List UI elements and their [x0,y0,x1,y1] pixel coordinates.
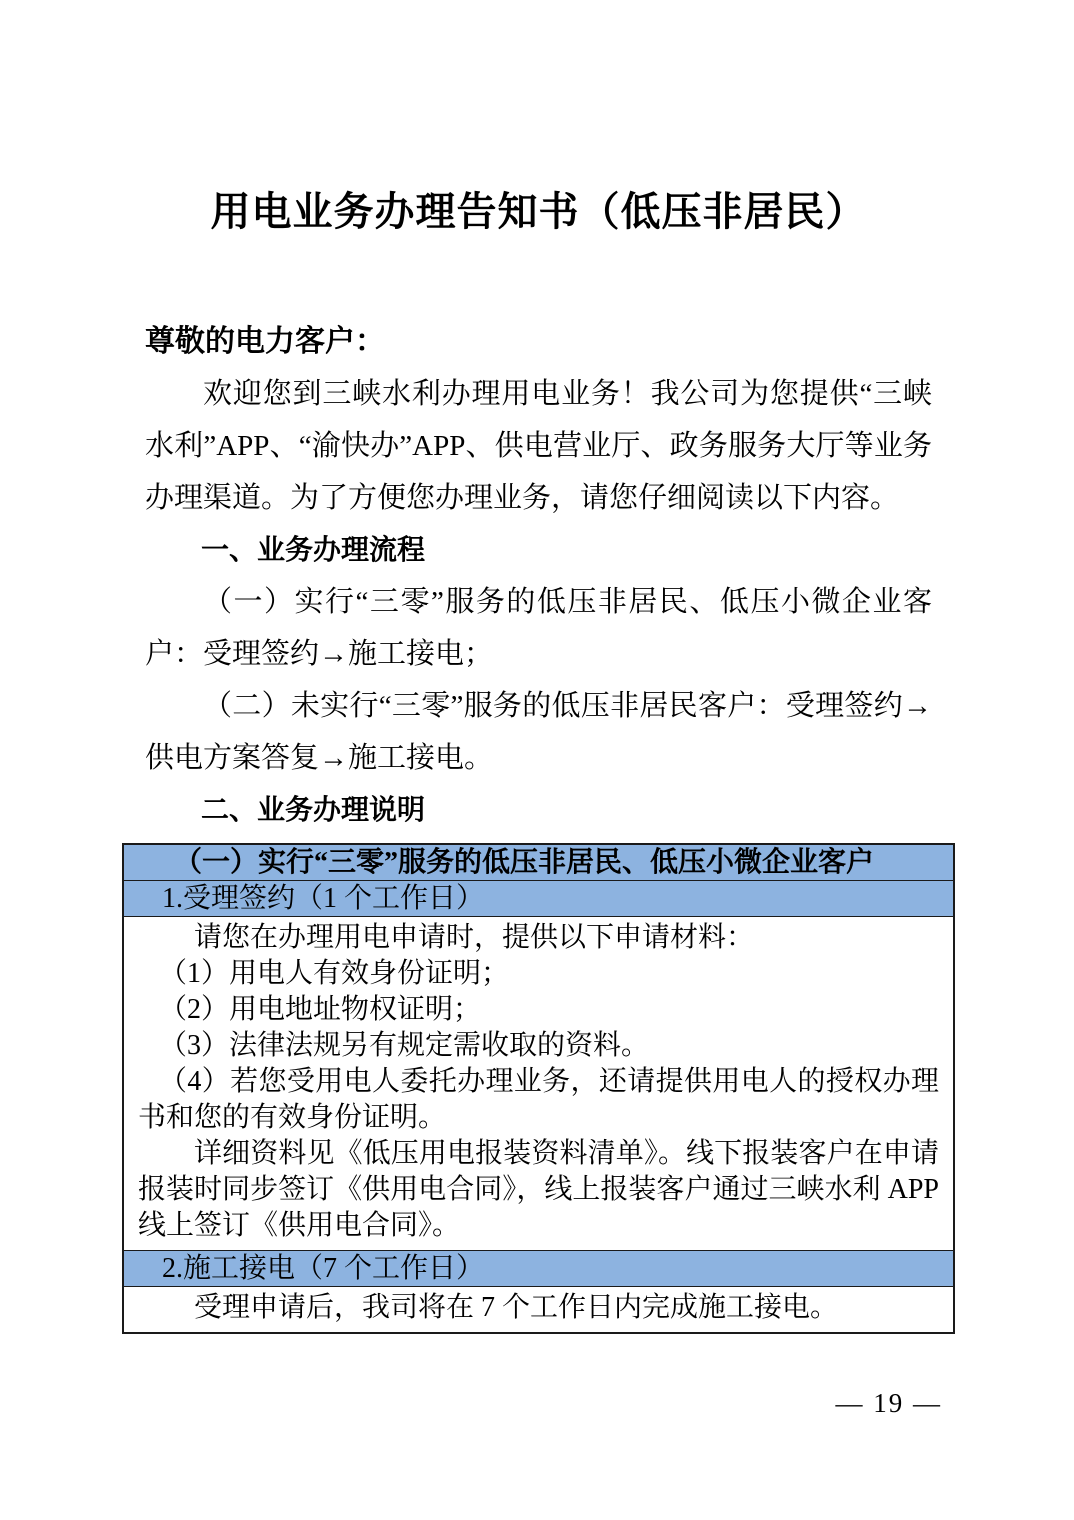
table-step1-body: 请您在办理用电申请时，提供以下申请材料： （1）用电人有效身份证明； （2）用电… [124,917,953,1251]
table-step1-header: 1.受理签约（1 个工作日） [124,881,953,917]
step2-note: 受理申请后，我司将在 7 个工作日内完成施工接电。 [138,1290,939,1326]
section-heading-description: 二、业务办理说明 [145,784,932,836]
process-item-1: （一）实行“三零”服务的低压非居民、低压小微企业客户：受理签约→施工接电； [145,576,932,680]
process-item-2: （二）未实行“三零”服务的低压非居民客户：受理签约→供电方案答复→施工接电。 [145,680,932,784]
step1-material-3: （3）法律法规另有规定需收取的资料。 [138,1028,939,1064]
salutation: 尊敬的电力客户： [145,316,932,368]
document-page: { "document": { "title": "用电业务办理告知书（低压非居… [0,0,1074,1520]
table-step2-header: 2.施工接电（7 个工作日） [124,1251,953,1287]
document-title: 用电业务办理告知书（低压非居民） [122,186,955,238]
step1-material-1: （1）用电人有效身份证明； [138,956,939,992]
intro-paragraph: 欢迎您到三峡水利办理用电业务！我公司为您提供“三峡水利”APP、“渝快办”APP… [145,368,932,524]
body-text: 欢迎您到三峡水利办理用电业务！我公司为您提供“三峡水利”APP、“渝快办”APP… [145,368,932,836]
step1-materials-intro: 请您在办理用电申请时，提供以下申请材料： [138,920,939,956]
table-category-header: （一）实行“三零”服务的低压非居民、低压小微企业客户 [124,845,953,881]
service-steps-table: （一）实行“三零”服务的低压非居民、低压小微企业客户 1.受理签约（1 个工作日… [122,843,955,1334]
page-content: 用电业务办理告知书（低压非居民） 尊敬的电力客户： 欢迎您到三峡水利办理用电业务… [0,0,1074,1334]
step1-material-4: （4）若您受用电人委托办理业务，还请提供用电人的授权办理书和您的有效身份证明。 [138,1064,939,1136]
section-heading-process: 一、业务办理流程 [145,524,932,576]
step1-material-2: （2）用电地址物权证明； [138,992,939,1028]
table-step2-body: 受理申请后，我司将在 7 个工作日内完成施工接电。 [124,1287,953,1332]
page-number: — 19 — [836,1386,943,1420]
step1-detail-note: 详细资料见《低压用电报装资料清单》。线下报装客户在申请报装时同步签订《供用电合同… [138,1136,939,1244]
